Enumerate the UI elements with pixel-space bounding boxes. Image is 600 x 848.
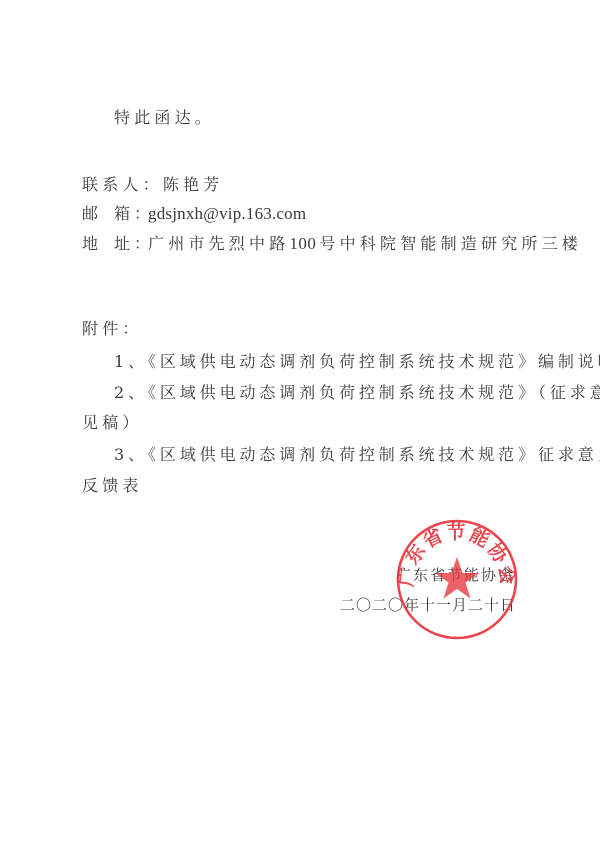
contact-address-value-part1: 广州市先烈中路 (148, 234, 289, 253)
attachment-item-2: 2、《区域供电动态调剂负荷控制系统技术规范》（征求意 (114, 383, 600, 403)
contact-address-number: 100 (289, 234, 316, 253)
attachment-item-3: 3、《区域供电动态调剂负荷控制系统技术规范》征求意见 (114, 445, 600, 465)
attachments-title: 附件： (82, 319, 143, 339)
contact-person-value: 陈艳芳 (163, 175, 224, 194)
contact-person-label: 联系人： (82, 175, 163, 195)
document-page: 特此函达。 联系人：陈艳芳 邮箱：gdsjnxh@vip.163.com 地址：… (0, 0, 600, 848)
signature-date: 二〇二〇年十一月二十日 (340, 595, 516, 615)
contact-address: 地址：广州市先烈中路100号中科院智能制造研究所三楼 (82, 234, 582, 254)
contact-email: 邮箱：gdsjnxh@vip.163.com (82, 204, 306, 224)
contact-person: 联系人：陈艳芳 (82, 175, 223, 195)
attachment-item-1: 1、《区域供电动态调剂负荷控制系统技术规范》编制说明 (114, 352, 600, 372)
signature-organization: 广东省节能协会 (396, 565, 515, 585)
attachment-item-3-continued: 反馈表 (82, 476, 143, 496)
contact-email-label: 邮箱： (82, 204, 148, 224)
contact-email-value[interactable]: gdsjnxh@vip.163.com (148, 204, 306, 223)
closing-remark: 特此函达。 (114, 108, 215, 128)
attachment-item-2-continued: 见稿） (82, 413, 143, 433)
contact-address-value-part2: 号中科院智能制造研究所三楼 (319, 234, 582, 253)
contact-address-label: 地址： (82, 234, 148, 254)
